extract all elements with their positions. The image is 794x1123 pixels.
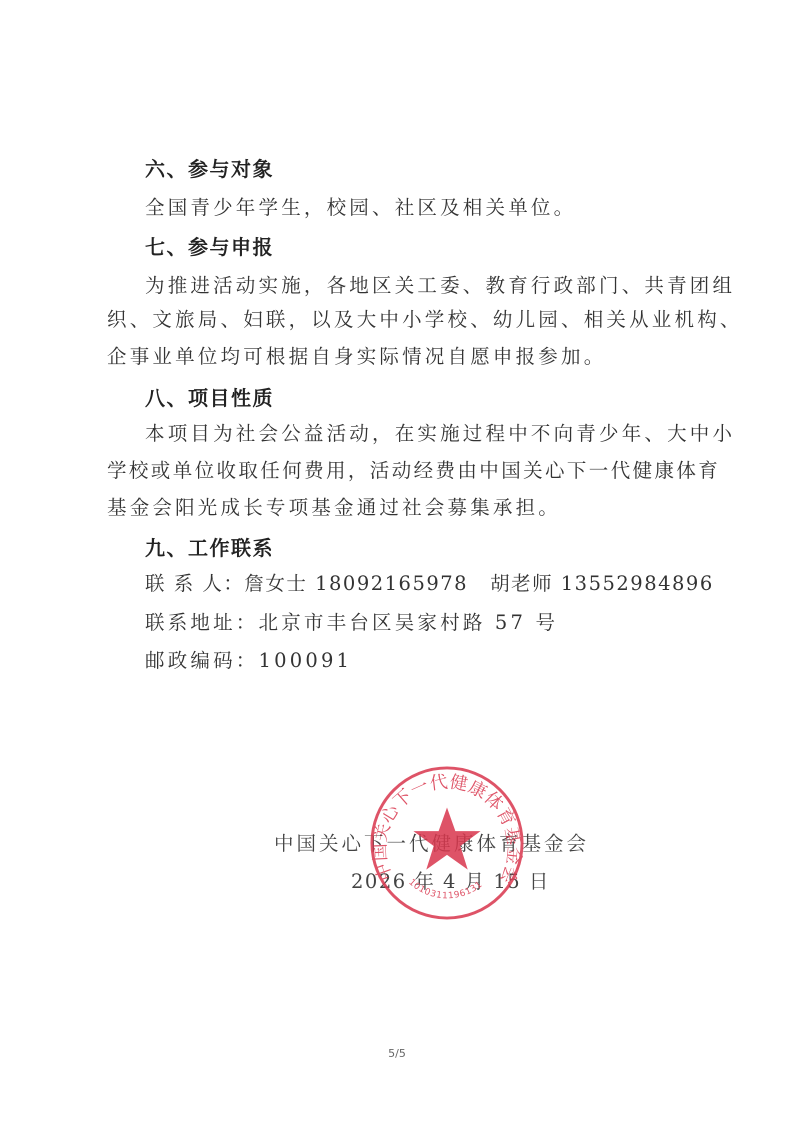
section-heading-contact: 九、工作联系 — [145, 532, 274, 561]
paragraph-line: 企事业单位均可根据自身实际情况自愿申报参加。 — [107, 341, 606, 369]
paragraph-line: 织、文旅局、妇联，以及大中小学校、幼儿园、相关从业机构、 — [107, 304, 743, 332]
contact-address: 联系地址：北京市丰台区吴家村路 57 号 — [145, 607, 558, 635]
postcode-label: 邮政编码： — [145, 649, 259, 672]
paragraph-line: 本项目为社会公益活动，在实施过程中不向青少年、大中小 — [145, 418, 735, 446]
section-heading-participants: 六、参与对象 — [145, 153, 274, 182]
official-seal-stamp: 中国关心下一代健康体育基金会 1010311196131 — [368, 764, 526, 922]
contact-person-1: 詹女士 18092165978 — [244, 572, 468, 595]
contact-persons: 联 系 人：詹女士 18092165978胡老师 13552984896 — [145, 568, 714, 596]
address-value: 北京市丰台区吴家村路 57 号 — [259, 611, 559, 634]
svg-text:1010311196131: 1010311196131 — [406, 877, 484, 901]
section-heading-nature: 八、项目性质 — [145, 382, 274, 411]
paragraph-line: 为推进活动实施，各地区关工委、教育行政部门、共青团组 — [145, 270, 735, 298]
contact-person-2: 胡老师 13552984896 — [490, 572, 714, 595]
address-label: 联系地址： — [145, 611, 259, 634]
postcode-value: 100091 — [259, 649, 353, 672]
star-icon — [413, 807, 480, 869]
contact-postcode: 邮政编码：100091 — [145, 645, 352, 673]
paragraph-line: 学校或单位收取任何费用，活动经费由中国关心下一代健康体育 — [107, 455, 720, 483]
contact-person-label: 联 系 人： — [145, 572, 244, 595]
seal-code: 1010311196131 — [406, 877, 484, 901]
page-number: 5/5 — [0, 1047, 794, 1060]
document-page: 六、参与对象 全国青少年学生，校园、社区及相关单位。 七、参与申报 为推进活动实… — [0, 0, 794, 1123]
paragraph-line: 全国青少年学生，校园、社区及相关单位。 — [145, 192, 576, 220]
section-heading-application: 七、参与申报 — [145, 231, 274, 260]
paragraph-line: 基金会阳光成长专项基金通过社会募集承担。 — [107, 492, 561, 520]
